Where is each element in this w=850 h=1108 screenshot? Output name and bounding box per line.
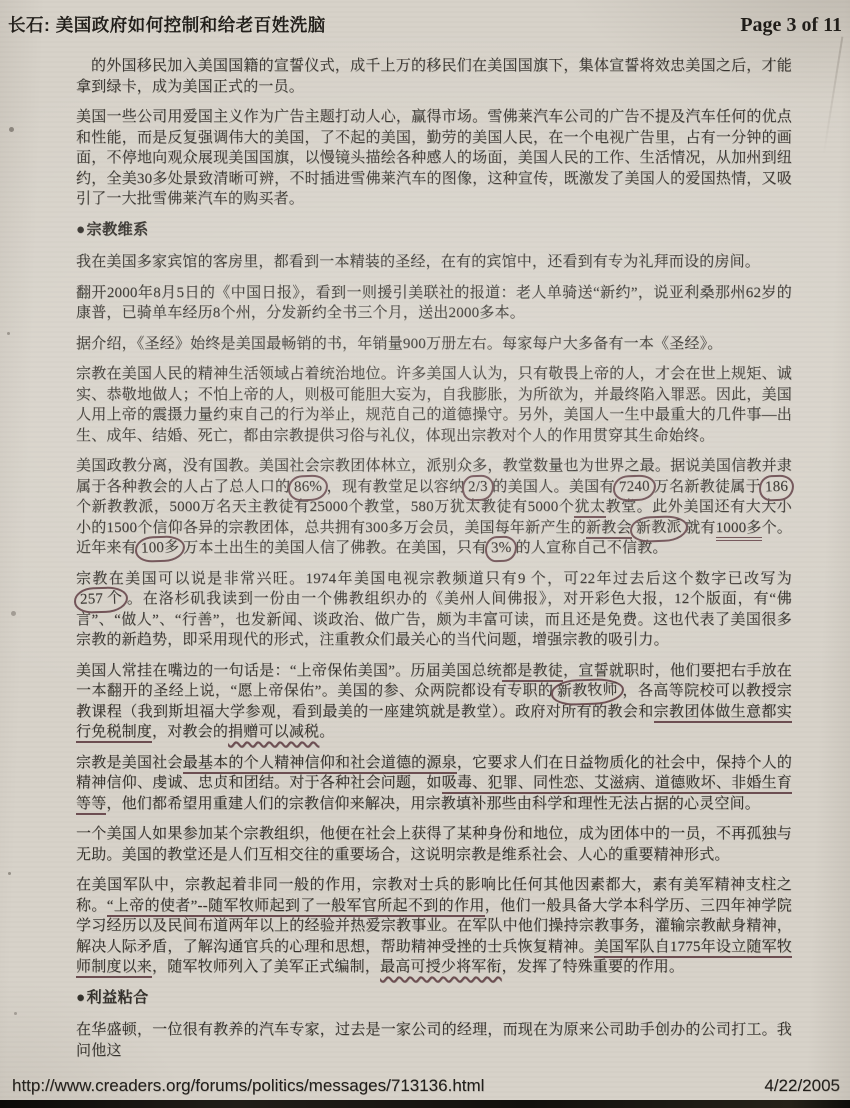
print-footer: http://www.creaders.org/forums/politics/… — [0, 1076, 850, 1096]
text-run: 宗教在美国可以说是非常兴旺。1974年美国电视宗教频道只有9 个，可22年过去后… — [76, 571, 792, 587]
paragraph: 宗教是美国社会最基本的个人精神信仰和社会道德的源泉，它要求人们在日益物质化的社会… — [76, 753, 792, 815]
pen-wavy-underlined-text: 捐赠可以减税 — [228, 724, 319, 740]
text-run: 宗教在美国人民的精神生活领域占着统治地位。许多美国人认为，只有敬畏上帝的人，才会… — [76, 366, 792, 444]
pen-underlined-text: 新教会 — [586, 520, 632, 539]
text-run: 个新教教派，5000万名天主教徒有25000个教堂，580万犹太教徒有5000个 — [76, 499, 574, 515]
text-run: 据介绍，《圣经》始终是美国最畅销的书，年销量900万册左右。每家每户大多备有一本… — [76, 336, 723, 352]
print-date: 4/22/2005 — [764, 1076, 840, 1096]
paragraph: 一个美国人如果参加某个宗教组织，他便在社会上获得了某种身份和地位，成为团体中的一… — [76, 824, 792, 865]
paragraph: 美国人常挂在嘴边的一句话是：“上帝保佑美国”。历届美国总统都是教徒，宣誓就职时，… — [76, 661, 792, 743]
pen-circled-text: 2/3 — [462, 474, 495, 501]
page-number: Page 3 of 11 — [740, 14, 842, 37]
paragraph: 美国政教分离，没有国教。美国社会宗教团体林立，派别众多，教堂数量也为世界之最。据… — [76, 456, 792, 559]
paragraph: 美国一些公司用爱国主义作为广告主题打动人心，赢得市场。雪佛莱汽车公司的广告不提及… — [76, 107, 792, 210]
text-run: 。 — [319, 724, 334, 740]
paragraph: 据介绍，《圣经》始终是美国最畅销的书，年销量900万册左右。每家每户大多备有一本… — [76, 334, 792, 355]
text-run: ，随军牧师列入了美军正式编制， — [152, 959, 380, 975]
paragraph: 我在美国多家宾馆的客房里，都看到一本精装的圣经，在有的宾馆中，还看到有专为礼拜而… — [76, 252, 792, 273]
pen-circled-text: 3% — [485, 535, 518, 562]
text-run: 就有 — [685, 520, 715, 536]
pen-circled-text: 新教派 — [629, 515, 687, 542]
text-run: ，他们都希望用重建人们的宗教信仰来解决，用宗教填补那些由科学和理性无法占据的心灵… — [106, 796, 760, 812]
scanned-page: 长石: 美国政府如何控制和给老百姓洗脑 Page 3 of 11 的外国移民加入… — [0, 0, 850, 1108]
text-run: 一个美国人如果参加某个宗教组织，他便在社会上获得了某种身份和地位，成为团体中的一… — [76, 826, 792, 863]
text-run: ，发挥了特殊重要的作用。 — [502, 959, 684, 975]
section-heading: ●利益粘合 — [76, 988, 792, 1009]
pen-wavy-underlined-text: 最高可授少将军衔 — [380, 959, 502, 975]
paragraph: 翻开2000年8月5日的《中国日报》，看到一则援引美联社的报道：老人单骑送“新约… — [76, 283, 792, 324]
text-run: 我在美国多家宾馆的客房里，都看到一本精装的圣经，在有的宾馆中，还看到有专为礼拜而… — [76, 254, 760, 270]
text-run: 万名新教徒属于 — [654, 479, 761, 495]
paragraph: 宗教在美国可以说是非常兴旺。1974年美国电视宗教频道只有9 个，可22年过去后… — [76, 569, 792, 651]
document-title: 长石: 美国政府如何控制和给老百姓洗脑 — [8, 12, 326, 37]
text-run: 的人宣称自己不信教。 — [516, 540, 668, 556]
text-run: 宗教是美国社会 — [76, 755, 183, 771]
text-run: 万本土出生的美国人信了佛教。在美国，只有 — [183, 540, 487, 556]
pen-underlined-text: 犹太 — [574, 499, 605, 518]
pen-underlined-text: 最基本的个人精神信仰和社会道德的源泉 — [183, 755, 457, 774]
pen-double-underlined-text: 1000多 — [716, 520, 762, 541]
pen-circled-text: 7240 — [612, 474, 656, 501]
paragraph: 的外国移民加入美国国籍的宣誓仪式，成千上万的移民们在美国国旗下，集体宣誓将效忠美… — [76, 56, 792, 97]
bullet-icon: ● — [76, 222, 86, 238]
document-body: 的外国移民加入美国国籍的宣誓仪式，成千上万的移民们在美国国旗下，集体宣誓将效忠美… — [0, 37, 850, 1061]
pen-circled-text: 186 — [758, 474, 794, 501]
pen-circled-text: 新教牧师 — [551, 678, 625, 706]
text-run: ，对教会的 — [152, 724, 228, 740]
pen-underlined-text: 都是教徒 — [502, 663, 563, 682]
text-run: 美国人常挂在嘴边的一句话是：“上帝保佑美国”。历届美国总统 — [76, 663, 502, 679]
scanner-edge-bar — [0, 1100, 850, 1108]
text-run: 。在洛杉矶我读到一份由一个佛教组织办的《美州人间佛报》，对开彩色大报，12个版面… — [76, 591, 792, 648]
text-run: 在华盛顿，一位很有教养的汽车专家，过去是一家公司的经理，而现在为原来公司助手创办… — [76, 1022, 792, 1059]
bullet-icon: ● — [76, 990, 86, 1006]
paragraph: 在美国军队中，宗教起着非同一般的作用，宗教对士兵的影响比任何其他因素都大，素有美… — [76, 875, 792, 978]
paragraph: 宗教在美国人民的精神生活领域占着统治地位。许多美国人认为，只有敬畏上帝的人，才会… — [76, 364, 792, 446]
pen-underlined-text: “上帝的使者”--随军牧师起到了一般军官所起不到的作用 — [107, 898, 485, 917]
text-run: 翻开2000年8月5日的《中国日报》，看到一则援引美联社的报道：老人单骑送“新约… — [76, 285, 792, 322]
pen-circled-text: 257 个 — [74, 586, 129, 613]
print-header: 长石: 美国政府如何控制和给老百姓洗脑 Page 3 of 11 — [0, 0, 850, 37]
pen-circled-text: 86% — [288, 474, 329, 501]
section-heading: ●宗教维系 — [76, 220, 792, 241]
text-run: 的美国人。美国有 — [492, 479, 615, 495]
scan-specks — [0, 0, 3, 3]
text-run: 的外国移民加入美国国籍的宣誓仪式，成千上万的移民们在美国国旗下，集体宣誓将效忠美… — [76, 58, 792, 95]
pen-circled-text: 100多 — [134, 535, 185, 562]
text-run: 美国一些公司用爱国主义作为广告主题打动人心，赢得市场。雪佛莱汽车公司的广告不提及… — [76, 109, 792, 207]
text-run: 利益粘合 — [87, 990, 149, 1006]
text-run: ，现有教堂足以容纳 — [326, 479, 464, 495]
source-url: http://www.creaders.org/forums/politics/… — [12, 1076, 484, 1096]
text-run: 宗教维系 — [87, 222, 149, 238]
paragraph: 在华盛顿，一位很有教养的汽车专家，过去是一家公司的经理，而现在为原来公司助手创办… — [76, 1020, 792, 1061]
